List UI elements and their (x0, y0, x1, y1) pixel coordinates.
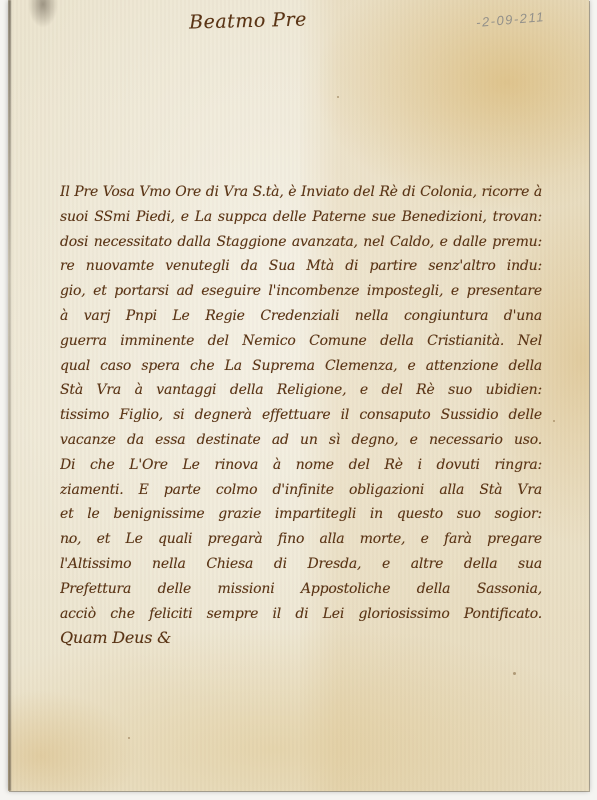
text-line: Di che L'Ore Le rinova à nome del Rè i d… (60, 453, 542, 478)
text-line: tissimo Figlio, si degnerà effettuare il… (60, 403, 542, 428)
text-line: et le benignissime grazie impartitegli i… (60, 502, 542, 527)
scanned-letter-page: Beatmo Pre -2-09-211 Il Pre Vosa Vmo Ore… (0, 0, 597, 800)
text-line: vacanze da essa destinate ad un sì degno… (60, 428, 542, 453)
text-line: dosi necessitato dalla Staggione avanzat… (60, 230, 542, 255)
text-line: l'Altissimo nella Chiesa di Dresda, e al… (60, 552, 542, 577)
catalog-number: -2-09-211 (475, 9, 545, 30)
text-line: Il Pre Vosa Vmo Ore di Vra S.tà, è Invia… (60, 180, 542, 205)
ink-smudge (28, 0, 58, 28)
letter-paper: Beatmo Pre -2-09-211 Il Pre Vosa Vmo Ore… (8, 0, 589, 791)
letter-body: Il Pre Vosa Vmo Ore di Vra S.tà, è Invia… (60, 180, 542, 651)
paper-speck (513, 672, 516, 675)
fold-crease (8, 0, 11, 791)
text-line: Stà Vra à vantaggi della Religione, e de… (60, 378, 542, 403)
text-line: gio, et portarsi ad eseguire l'incombenz… (60, 279, 542, 304)
text-line: no, et Le quali pregarà fino alla morte,… (60, 527, 542, 552)
text-line: qual caso spera che La Suprema Clemenza,… (60, 354, 542, 379)
salutation: Beatmo Pre (148, 7, 349, 34)
paper-stain (318, 0, 589, 210)
text-line: guerra imminente del Nemico Comune della… (60, 329, 542, 354)
text-line: Quam Deus & (60, 626, 542, 651)
paper-stain (8, 690, 138, 791)
text-line: à varj Pnpi Le Regie Credenziali nella c… (60, 304, 542, 329)
paper-speck (553, 420, 555, 422)
paper-stain (8, 630, 589, 791)
paper-speck (128, 737, 130, 739)
paper-speck (337, 96, 339, 98)
text-line: Prefettura delle missioni Appostoliche d… (60, 577, 542, 602)
text-line: acciò che feliciti sempre il di Lei glor… (60, 602, 542, 627)
text-line: re nuovamte venutegli da Sua Mtà di part… (60, 254, 542, 279)
text-line: ziamenti. E parte colmo d'infinite oblig… (60, 478, 542, 503)
text-line: suoi SSmi Piedi, e La suppca delle Pater… (60, 205, 542, 230)
